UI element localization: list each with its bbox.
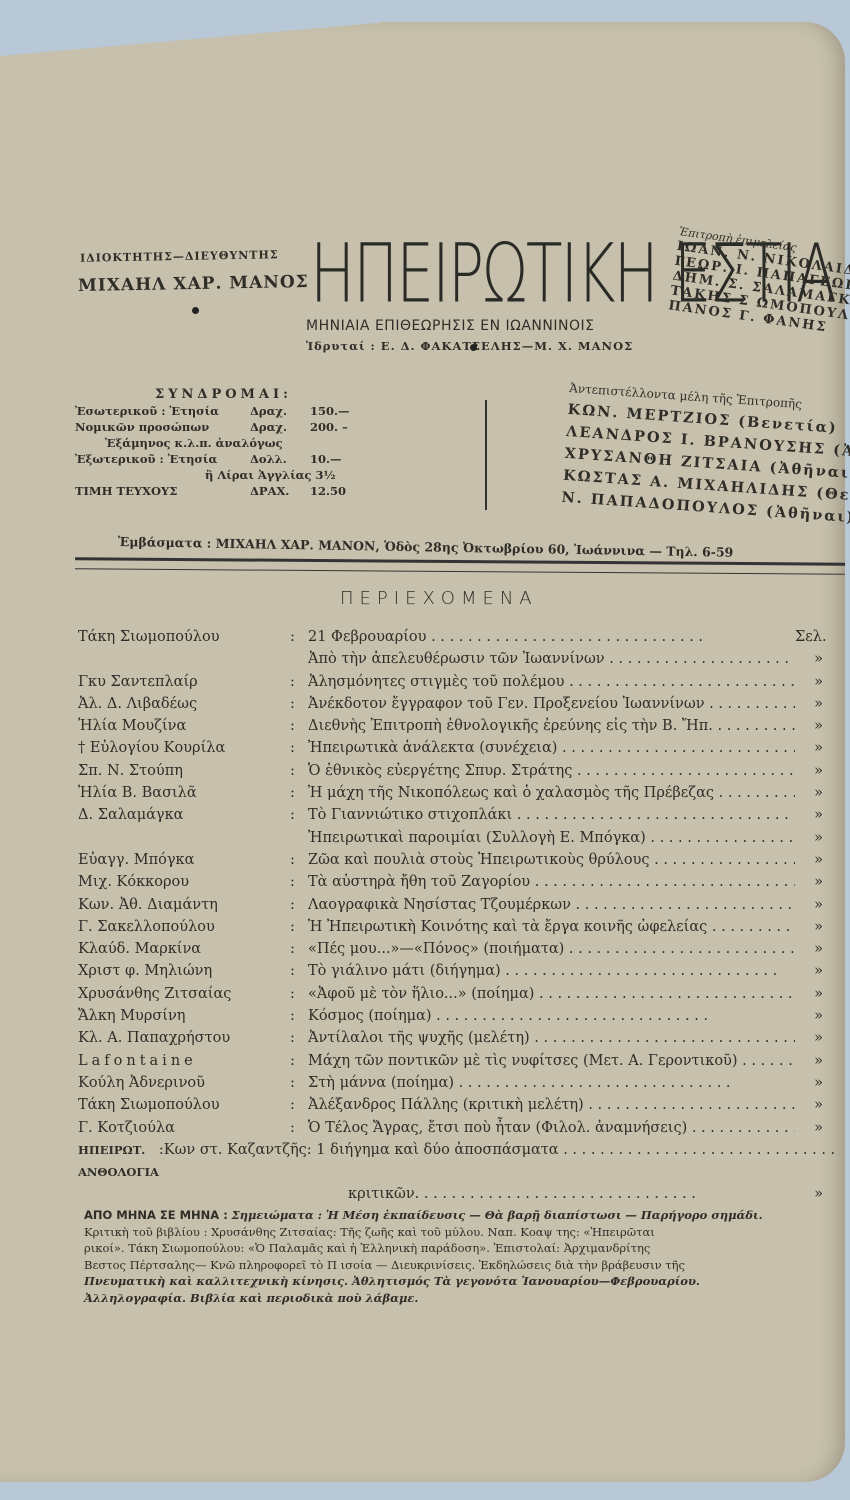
toc-entry: Ἠλία Μουζίνα:Διεθνὴς Ἐπιτροπὴ ἐθνολογικῆ… [78, 715, 823, 737]
toc-colon: : [290, 737, 308, 759]
toc-entry: † Εὐλογίου Κουρίλα:Ἠπειρωτικὰ ἀνάλεκτα (… [78, 737, 823, 759]
toc-entry: Lafontaine:Μάχη τῶν ποντικῶν μὲ τὶς νυφί… [78, 1050, 823, 1072]
toc-author: Κλαύδ. Μαρκίνα [78, 938, 290, 960]
toc-page: » [795, 1183, 823, 1205]
toc-entry: ΗΠΕΙΡΩΤ. ΑΝΘΟΛΟΓΙΑ:Κων στ. Καζαντζῆς: 1 … [78, 1139, 823, 1184]
toc-title: Κων στ. Καζαντζῆς: 1 διήγημα καὶ δύο ἀπο… [164, 1139, 835, 1184]
sub-unit: ἢ Λίραι Ἀγγλίας [205, 467, 312, 483]
toc-title: Κόσμος (ποίημα) [308, 1005, 795, 1027]
toc-title: Λαογραφικὰ Νησίστας Τζουμέρκων [308, 894, 795, 916]
toc-entry: Κλ. Α. Παπαχρήστου:Ἀντίλαλοι τῆς ψυχῆς (… [78, 1027, 823, 1049]
owner-label: ΙΔΙΟΚΤΗΤΗΣ—ΔΙΕΥΘΥΝΤΗΣ [80, 248, 279, 264]
toc-page: » [795, 760, 823, 782]
toc-page: » [795, 983, 823, 1005]
toc-page: » [795, 693, 823, 715]
toc-colon: : [290, 760, 308, 782]
toc-title: Τὰ αὐστηρὰ ἤθη τοῦ Ζαγορίου [308, 871, 795, 893]
sub-unit: Δολλ. [250, 451, 310, 467]
subscription-row: Ἐσωτερικοῦ : ἘτησίαΔραχ.150.— [75, 403, 350, 419]
subscriptions-heading: ΣΥΝΔΡΟΜΑΙ: [75, 387, 350, 403]
sub-label: Ἐξωτερικοῦ : Ἐτησία [75, 451, 250, 467]
notes-line: ρικοί». Τάκη Σιωμοπούλου: «Ὁ Παλαμᾶς καὶ… [84, 1240, 844, 1257]
correspondents-block: Ἀντεπιστέλλοντα μέλη τῆς Ἐπιτροπῆς ΚΩΝ. … [561, 377, 850, 535]
toc-entry: Τάκη Σιωμοπούλου:Ἀλέξανδρος Πάλλης (κριτ… [78, 1094, 823, 1116]
toc-author: Γκυ Σαντεπλαίρ [78, 671, 290, 693]
toc-entry: Γ. Σακελλοπούλου:Ἡ Ἠπειρωτικὴ Κοινότης κ… [78, 916, 823, 938]
toc-title: κριτικῶν. [308, 1183, 795, 1205]
subscription-row: ἢ Λίραι Ἀγγλίας 3½ [75, 467, 350, 483]
toc-author: Δ. Σαλαμάγκα [78, 804, 290, 826]
toc-author: Γ. Σακελλοπούλου [78, 916, 290, 938]
toc-page: » [795, 1094, 823, 1116]
toc-title: Μάχη τῶν ποντικῶν μὲ τὶς νυφίτσες (Μετ. … [308, 1050, 795, 1072]
toc-page: » [795, 1027, 823, 1049]
toc-page: » [795, 871, 823, 893]
toc-entry: Ἠλία Β. Βασιλᾶ:Ἡ μάχη τῆς Νικοπόλεως καὶ… [78, 782, 823, 804]
toc-colon: : [290, 938, 308, 960]
toc-title: Ἀνέκδοτον ἔγγραφον τοῦ Γεν. Προξενείου Ἰ… [308, 693, 795, 715]
sub-unit: ΔΡΑΧ. [250, 483, 310, 499]
sub-amount: 150.— [310, 403, 350, 419]
toc-page: » [795, 648, 823, 670]
toc-page: » [795, 737, 823, 759]
toc-title: Ἀντίλαλοι τῆς ψυχῆς (μελέτη) [308, 1027, 795, 1049]
toc-author: Lafontaine [78, 1050, 290, 1072]
notes-line: Ἀλληλογραφία. Βιβλία καὶ περιοδικὰ ποὺ λ… [84, 1291, 418, 1305]
subscription-row: Ἐξωτερικοῦ : ἘτησίαΔολλ.10.— [75, 451, 350, 467]
sub-unit: Δραχ. [250, 403, 310, 419]
toc-author: Μιχ. Κόκκορου [78, 871, 290, 893]
toc-colon: : [290, 871, 308, 893]
toc-title: Ἡ Ἠπειρωτικὴ Κοινότης καὶ τὰ ἔργα κοινῆς… [308, 916, 795, 938]
notes-line: Βεστος Πέρτσαλης— Κνῶ πληροφορεῖ τὸ Π ισ… [84, 1257, 844, 1274]
toc-author: Χριστ φ. Μηλιώνη [78, 960, 290, 982]
toc-entry: Ἀπὸ τὴν ἀπελευθέρωσιν τῶν Ἰωαννίνων» [78, 648, 823, 670]
toc-entry: Ἠπειρωτικαὶ παροιμίαι (Συλλογὴ Ε. Μπόγκα… [78, 827, 823, 849]
toc-colon: : [290, 1094, 308, 1116]
toc-author: Κων. Ἀθ. Διαμάντη [78, 894, 290, 916]
toc-title: Στὴ μάννα (ποίημα) [308, 1072, 795, 1094]
toc-colon: : [290, 894, 308, 916]
toc-colon: : [290, 626, 308, 648]
sub-amount: 3½ [316, 467, 336, 483]
sub-amount: 12.50 [310, 483, 346, 499]
toc-author: Χρυσάνθης Ζιτσαίας [78, 983, 290, 1005]
sub-label: Ἐσωτερικοῦ : Ἐτησία [75, 403, 250, 419]
toc-colon: : [290, 849, 308, 871]
toc-entry: Χριστ φ. Μηλιώνη:Τὸ γιάλινο μάτι (διήγημ… [78, 960, 823, 982]
toc-entry: Μιχ. Κόκκορου:Τὰ αὐστηρὰ ἤθη τοῦ Ζαγορίο… [78, 871, 823, 893]
toc-colon: : [290, 782, 308, 804]
toc-entry: Εὐαγγ. Μπόγκα:Ζῶα καὶ πουλιὰ στοὺς Ἠπειρ… [78, 849, 823, 871]
toc-title: Διεθνὴς Ἐπιτροπὴ ἐθνολογικῆς ἐρεύνης εἰς… [308, 715, 795, 737]
magazine-subtitle: ΜΗΝΙΑΙΑ ΕΠΙΘΕΩΡΗΣΙΣ ΕΝ ΙΩΑΝΝΙΝΟΙΣ [306, 318, 594, 334]
toc-colon: : [290, 1027, 308, 1049]
toc-title: Ἀπὸ τὴν ἀπελευθέρωσιν τῶν Ἰωαννίνων [308, 648, 795, 670]
toc-colon: : [290, 671, 308, 693]
toc-page: » [795, 1005, 823, 1027]
toc-page: » [795, 916, 823, 938]
monthly-notes-section: ΑΠΟ ΜΗΝΑ ΣΕ ΜΗΝΑ : Σημειώματα : Ἡ Μέση ἐ… [84, 1207, 844, 1306]
toc-author: Τάκη Σιωμοπούλου [78, 1094, 290, 1116]
toc-title: Ἀλησμόνητες στιγμὲς τοῦ πολέμου [308, 671, 795, 693]
toc-title: «Πές μου...»—«Πόνος» (ποιήματα) [308, 938, 795, 960]
toc-page: » [795, 715, 823, 737]
toc-title: Ὁ ἐθνικὸς εὐεργέτης Σπυρ. Στράτης [308, 760, 795, 782]
toc-title: «Ἀφοῦ μὲ τὸν ἥλιο...» (ποίημα) [308, 983, 795, 1005]
monthly-notes-heading: ΑΠΟ ΜΗΝΑ ΣΕ ΜΗΝΑ : [84, 1208, 228, 1222]
ornament-dot-icon [470, 344, 477, 351]
notes-line: Σημειώματα : Ἡ Μέση ἐκπαίδευσις — Θὰ βαρ… [231, 1208, 762, 1222]
toc-author: Ἠλία Μουζίνα [78, 715, 290, 737]
column-divider [485, 400, 487, 510]
toc-author: Σπ. Ν. Στούπη [78, 760, 290, 782]
toc-entry: Δ. Σαλαμάγκα:Τὸ Γιαννιώτικο στιχοπλάκι» [78, 804, 823, 826]
owner-name: ΜΙΧΑΗΛ ΧΑΡ. ΜΑΝΟΣ [78, 272, 309, 296]
toc-colon: : [290, 715, 308, 737]
toc-entry: Χρυσάνθης Ζιτσαίας:«Ἀφοῦ μὲ τὸν ἥλιο...»… [78, 983, 823, 1005]
toc-author [78, 648, 290, 670]
toc-colon: : [290, 983, 308, 1005]
toc-entry: Τάκη Σιωμοπούλου:21 ΦεβρουαρίουΣελ. [78, 626, 823, 648]
toc-entry: κριτικῶν.» [78, 1183, 823, 1205]
toc-entry: Γκυ Σαντεπλαίρ:Ἀλησμόνητες στιγμὲς τοῦ π… [78, 671, 823, 693]
toc-entry: Κούλη Ἀδνερινοῦ:Στὴ μάννα (ποίημα)» [78, 1072, 823, 1094]
subscriptions-block: ΣΥΝΔΡΟΜΑΙ: Ἐσωτερικοῦ : ἘτησίαΔραχ.150.—… [75, 387, 350, 499]
toc-title: Ζῶα καὶ πουλιὰ στοὺς Ἠπειρωτικοὺς θρύλου… [308, 849, 795, 871]
toc-page: » [795, 1072, 823, 1094]
toc-colon: : [290, 1072, 308, 1094]
toc-title: Ὁ Τέλος Ἄγρας, ἔτσι ποὺ ἦταν (Φιλολ. ἀνα… [308, 1117, 795, 1139]
toc-colon [290, 827, 308, 849]
toc-title: Ἀλέξανδρος Πάλλης (κριτικὴ μελέτη) [308, 1094, 795, 1116]
toc-colon: : [290, 804, 308, 826]
toc-colon: : [290, 1050, 308, 1072]
toc-author: Κλ. Α. Παπαχρήστου [78, 1027, 290, 1049]
subscription-row: Ἑξάμηνος κ.λ.π. ἀναλόγως [75, 435, 350, 451]
sub-unit: Δραχ. [250, 419, 310, 435]
toc-author: Ἀλ. Δ. Λιβαδέως [78, 693, 290, 715]
notes-line: Πνευματικὴ καὶ καλλιτεχνικὴ κίνησις. Ἀθλ… [84, 1274, 700, 1288]
toc-title: Ἠπειρωτικὰ ἀνάλεκτα (συνέχεια) [308, 737, 795, 759]
toc-page: » [795, 782, 823, 804]
sub-amount: 10.— [310, 451, 342, 467]
sub-label: ΤΙΜΗ ΤΕΥΧΟΥΣ [75, 483, 250, 499]
toc-page: Σελ. [795, 626, 823, 648]
toc-author: † Εὐλογίου Κουρίλα [78, 737, 290, 759]
toc-page: » [795, 849, 823, 871]
toc-author [78, 1183, 290, 1205]
toc-page: » [795, 1117, 823, 1139]
toc-author: Ἄλκη Μυρσίνη [78, 1005, 290, 1027]
toc-title: Ἡ μάχη τῆς Νικοπόλεως καὶ ὁ χαλασμὸς τῆς… [308, 782, 795, 804]
table-of-contents: Τάκη Σιωμοπούλου:21 ΦεβρουαρίουΣελ. Ἀπὸ … [78, 626, 823, 1206]
sub-label: Νομικῶν προσώπων [75, 419, 250, 435]
toc-colon: : [290, 960, 308, 982]
toc-entry: Κων. Ἀθ. Διαμάντη:Λαογραφικὰ Νησίστας Τζ… [78, 894, 823, 916]
sub-amount: 200. – [310, 419, 348, 435]
toc-author: ΗΠΕΙΡΩΤ. ΑΝΘΟΛΟΓΙΑ [78, 1139, 159, 1184]
toc-entry: Ἀλ. Δ. Λιβαδέως:Ἀνέκδοτον ἔγγραφον τοῦ Γ… [78, 693, 823, 715]
toc-author: Γ. Κοτζιούλα [78, 1117, 290, 1139]
subscription-row: ΤΙΜΗ ΤΕΥΧΟΥΣΔΡΑΧ.12.50 [75, 483, 350, 499]
toc-title: Τὸ Γιαννιώτικο στιχοπλάκι [308, 804, 795, 826]
toc-page: » [795, 938, 823, 960]
toc-colon: : [290, 1005, 308, 1027]
toc-entry: Κλαύδ. Μαρκίνα:«Πές μου...»—«Πόνος» (ποι… [78, 938, 823, 960]
contents-title: ΠΕΡΙΕΧΟΜΕΝΑ [340, 588, 538, 609]
toc-title: Τὸ γιάλινο μάτι (διήγημα) [308, 960, 795, 982]
sub-label: Ἑξάμηνος κ.λ.π. ἀναλόγως [105, 435, 283, 451]
toc-page: » [795, 894, 823, 916]
toc-colon: : [290, 693, 308, 715]
toc-title: Ἠπειρωτικαὶ παροιμίαι (Συλλογὴ Ε. Μπόγκα… [308, 827, 795, 849]
toc-page: » [795, 960, 823, 982]
toc-page: » [795, 671, 823, 693]
toc-entry: Ἄλκη Μυρσίνη:Κόσμος (ποίημα)» [78, 1005, 823, 1027]
toc-author: Τάκη Σιωμοπούλου [78, 626, 290, 648]
toc-title: 21 Φεβρουαρίου [308, 626, 795, 648]
toc-page: » [795, 827, 823, 849]
toc-page: » [795, 1050, 823, 1072]
toc-author [78, 827, 290, 849]
ornament-dot-icon [192, 307, 199, 314]
toc-colon [290, 648, 308, 670]
double-rule-divider [75, 557, 845, 574]
toc-colon [290, 1183, 308, 1205]
toc-author: Κούλη Ἀδνερινοῦ [78, 1072, 290, 1094]
magazine-page: ΙΔΙΟΚΤΗΤΗΣ—ΔΙΕΥΘΥΝΤΗΣ ΜΙΧΑΗΛ ΧΑΡ. ΜΑΝΟΣ … [0, 22, 845, 1482]
toc-page: » [795, 804, 823, 826]
toc-colon: : [290, 916, 308, 938]
notes-line: Κριτικὴ τοῦ βιβλίου : Χρυσάνθης Ζιτσαίας… [84, 1224, 844, 1241]
toc-author: Εὐαγγ. Μπόγκα [78, 849, 290, 871]
postal-address: Ἐμβάσματα : ΜΙΧΑΗΛ ΧΑΡ. ΜΑΝΟΝ, Ὁδὸς 28ης… [118, 534, 734, 560]
subscription-row: Νομικῶν προσώπωνΔραχ.200. – [75, 419, 350, 435]
toc-colon: : [290, 1117, 308, 1139]
toc-entry: Γ. Κοτζιούλα:Ὁ Τέλος Ἄγρας, ἔτσι ποὺ ἦτα… [78, 1117, 823, 1139]
toc-entry: Σπ. Ν. Στούπη:Ὁ ἐθνικὸς εὐεργέτης Σπυρ. … [78, 760, 823, 782]
toc-author: Ἠλία Β. Βασιλᾶ [78, 782, 290, 804]
